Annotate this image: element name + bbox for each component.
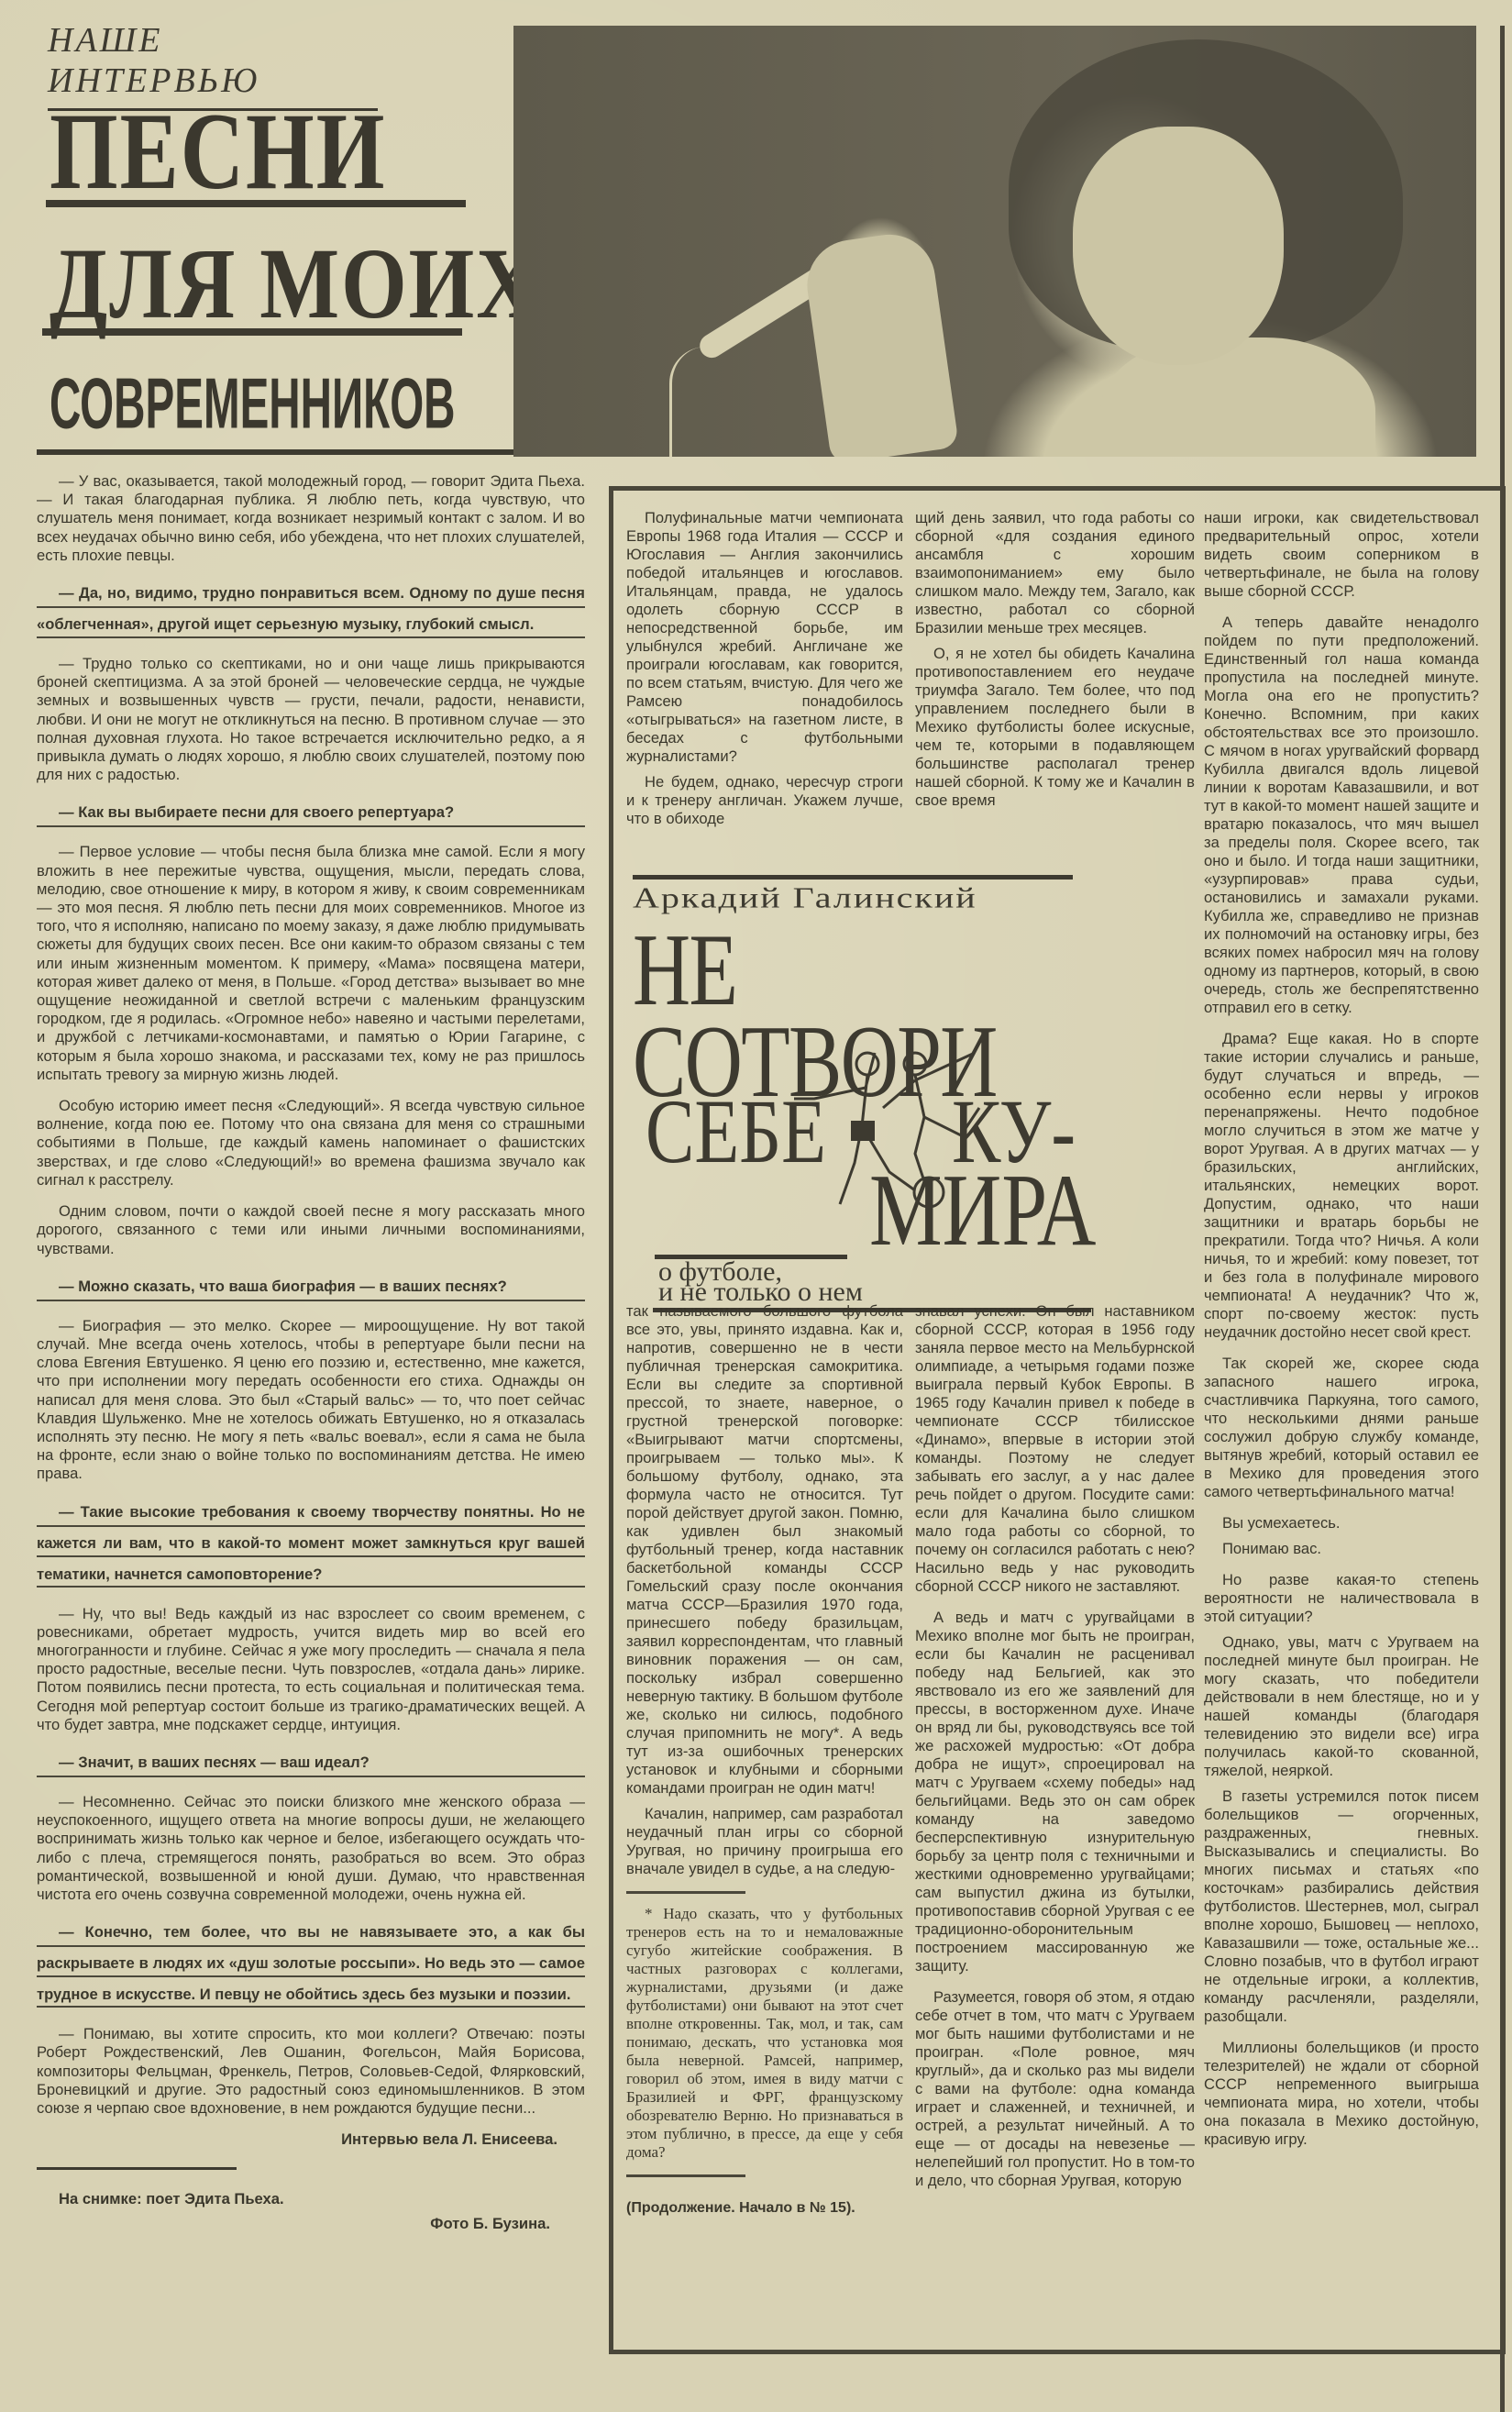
interview-body: — У вас, оказывается, такой молодежный г… xyxy=(37,472,585,2233)
interview-paragraph: — Биография — это мелко. Скорее — мироощ… xyxy=(37,1317,585,1484)
interview-paragraph: — Понимаю, вы хотите спросить, кто мои к… xyxy=(37,2025,585,2118)
interview-question: — Да, но, видимо, трудно понравиться все… xyxy=(37,578,585,642)
interview-paragraph: — Первое условие — чтобы песня была близ… xyxy=(37,843,585,1084)
article-paragraph: Полуфинальные матчи чемпионата Европы 19… xyxy=(626,509,903,766)
interview-question: — Значит, в ваших песнях — ваш идеал? xyxy=(37,1747,585,1780)
newspaper-page: НАШЕ ИНТЕРВЬЮ ПЕСНИ ДЛЯ МОИХ СОВРЕМЕННИК… xyxy=(0,0,1512,2412)
article-paragraph: щий день заявил, что года работы со сбор… xyxy=(915,509,1195,637)
interview-paragraph: — Трудно только со скептиками, но и они … xyxy=(37,655,585,784)
interview-paragraph: — У вас, оказывается, такой молодежный г… xyxy=(37,472,585,565)
photo-face-shape xyxy=(1073,127,1284,365)
headline-line-2: ДЛЯ МОИХ xyxy=(50,225,539,341)
article-column-1-top: Полуфинальные матчи чемпионата Европы 19… xyxy=(626,509,903,835)
article-author: Аркадий Галинский xyxy=(633,880,1073,915)
article-title-block: Аркадий Галинский НЕ СОТВОРИ СЕБЕ КУ- МИ… xyxy=(633,869,1183,1273)
singer-photo xyxy=(513,26,1476,457)
article-paragraph: Вы усмехаетесь. xyxy=(1204,1514,1479,1532)
article-paragraph: А теперь давайте ненадолго пойдем по пут… xyxy=(1204,614,1479,1017)
interview-paragraph: Одним словом, почти о каждой своей песне… xyxy=(37,1202,585,1258)
article-subtitle: о футболе, и не только о нем xyxy=(658,1262,863,1302)
article-paragraph: А ведь и матч с уругвайцами в Мехико впо… xyxy=(915,1609,1195,1975)
article-paragraph: Качалин, например, сам разработал неудач… xyxy=(626,1805,903,1878)
headline-rule-3 xyxy=(37,449,585,455)
interview-signature: Интервью вела Л. Енисеева. xyxy=(37,2130,557,2149)
article-paragraph: наши игроки, как свидетельствовал предва… xyxy=(1204,509,1479,601)
article-title-word-mira: МИРА xyxy=(869,1165,1096,1256)
article-footnote: * Надо сказать, что у футбольных тренеро… xyxy=(626,1905,903,2162)
article-paragraph: Но разве какая-то степень вероятности не… xyxy=(1204,1571,1479,1626)
headline-rule-2 xyxy=(42,328,462,336)
article-column-2-top: щий день заявил, что года работы со сбор… xyxy=(915,509,1195,817)
article-paragraph: Так скорей же, скорее сюда запасного наш… xyxy=(1204,1355,1479,1501)
headline-line-3: СОВРЕМЕННИКОВ xyxy=(50,362,456,445)
article-paragraph: Разумеется, говоря об этом, я отдаю себе… xyxy=(915,1988,1195,2190)
signature-rule xyxy=(37,2167,237,2170)
article-paragraph: Однако, увы, матч с Уругваем на последне… xyxy=(1204,1633,1479,1780)
interview-paragraph: — Ну, что вы! Ведь каждый из нас взросле… xyxy=(37,1605,585,1734)
microphone-cable xyxy=(669,347,709,457)
article-paragraph: Не будем, однако, чересчур строги и к тр… xyxy=(626,773,903,828)
interview-question: — Как вы выбираете песни для своего репе… xyxy=(37,797,585,830)
interview-question: — Можно сказать, что ваша биография — в … xyxy=(37,1271,585,1304)
interview-question: — Такие высокие требования к своему твор… xyxy=(37,1497,585,1592)
article-paragraph: В газеты устремился поток писем болельщи… xyxy=(1204,1787,1479,2026)
article-paragraph: О, я не хотел бы обидеть Качалина против… xyxy=(915,645,1195,810)
photo-credit: Фото Б. Бузина. xyxy=(37,2215,550,2233)
interview-paragraph: — Несомненно. Сейчас это поиски близкого… xyxy=(37,1793,585,1904)
continuation-note: (Продолжение. Начало в № 15). xyxy=(626,2199,903,2218)
headline-rule-1 xyxy=(46,200,466,207)
article-column-1-bottom: так называемого большого футбола все это… xyxy=(626,1302,903,2218)
article-paragraph: Понимаю вас. xyxy=(1204,1540,1479,1558)
interview-question: — Конечно, тем более, что вы не навязыва… xyxy=(37,1917,585,2012)
article-subtitle-line-2: и не только о нем xyxy=(658,1282,863,1302)
continuation-rule xyxy=(626,2174,745,2177)
article-title-word-sebe: СЕБЕ xyxy=(646,1086,826,1178)
article-paragraph: Миллионы болельщиков (и просто телезрите… xyxy=(1204,2039,1479,2149)
photo-hand-shape xyxy=(801,228,959,457)
article-paragraph: знавал успехи. Он был наставником сборно… xyxy=(915,1302,1195,1596)
article-column-2-bottom: знавал успехи. Он был наставником сборно… xyxy=(915,1302,1195,2197)
headline-line-1: ПЕСНИ xyxy=(50,87,386,215)
title-rule-top xyxy=(633,875,1073,880)
article-paragraph: Драма? Еще какая. Но в спорте такие исто… xyxy=(1204,1030,1479,1342)
footnote-rule xyxy=(626,1891,745,1894)
article-column-3: наши игроки, как свидетельствовал предва… xyxy=(1204,509,1479,2156)
article-paragraph: так называемого большого футбола все это… xyxy=(626,1302,903,1798)
page-edge-rule xyxy=(1500,26,1505,2412)
photo-caption: На снимке: поет Эдита Пьеха. xyxy=(59,2190,585,2208)
interview-paragraph: Особую историю имеет песня «Следующий». … xyxy=(37,1097,585,1189)
